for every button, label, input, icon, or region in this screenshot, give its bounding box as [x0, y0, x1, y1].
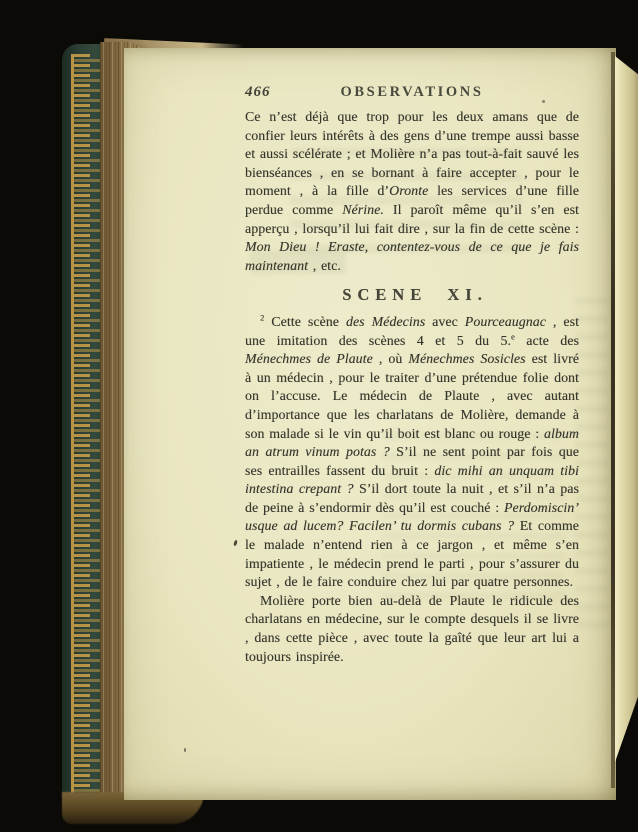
page-header: 466 OBSERVATIONS: [245, 82, 579, 104]
paragraph-1: Ce n’est déjà que trop pour les deux ama…: [245, 108, 579, 275]
text-segment-italic: Mon Dieu ! Eraste, contentez-vous de ce …: [245, 239, 579, 273]
text-block: Ce n’est déjà que trop pour les deux ama…: [245, 108, 579, 666]
running-header: OBSERVATIONS: [341, 84, 484, 101]
text-segment-italic: des Médecins: [346, 314, 425, 329]
text-segment-normal: avec: [425, 314, 465, 329]
show-through-ghost: [576, 298, 610, 640]
text-segment-normal: Cette scène: [264, 314, 346, 329]
text-segment-italic: Pourceaugnac: [465, 314, 546, 329]
text-segment-italic: Ménechmes de Plaute: [245, 351, 373, 366]
ink-speck: [233, 540, 238, 547]
book-page: 466 OBSERVATIONS Ce n’est déjà que trop …: [124, 48, 616, 800]
gutter-fold: [611, 52, 615, 788]
page-number: 466: [245, 84, 271, 101]
facing-page-edge: [615, 56, 638, 784]
paragraph-2: 2 Cette scène des Médecins avec Pourceau…: [245, 313, 579, 592]
gilt-meander-pattern: [71, 54, 100, 804]
text-segment-italic: Oronte: [389, 183, 428, 198]
text-segment-normal: Molière porte bien au-delà de Plaute le …: [245, 593, 579, 664]
book-scan-background: 466 OBSERVATIONS Ce n’est déjà que trop …: [0, 0, 638, 832]
text-segment-normal: acte des: [515, 333, 579, 348]
text-segment-normal: , etc.: [308, 258, 341, 273]
text-segment-italic: Nérine.: [342, 202, 384, 217]
paragraph-3: Molière porte bien au-delà de Plaute le …: [245, 592, 579, 666]
text-segment-normal: , où: [373, 351, 409, 366]
scene-heading: SCENE XI.: [245, 286, 579, 305]
text-segment-italic: Ménechmes Sosicles: [408, 351, 525, 366]
ink-speck: [184, 748, 186, 752]
